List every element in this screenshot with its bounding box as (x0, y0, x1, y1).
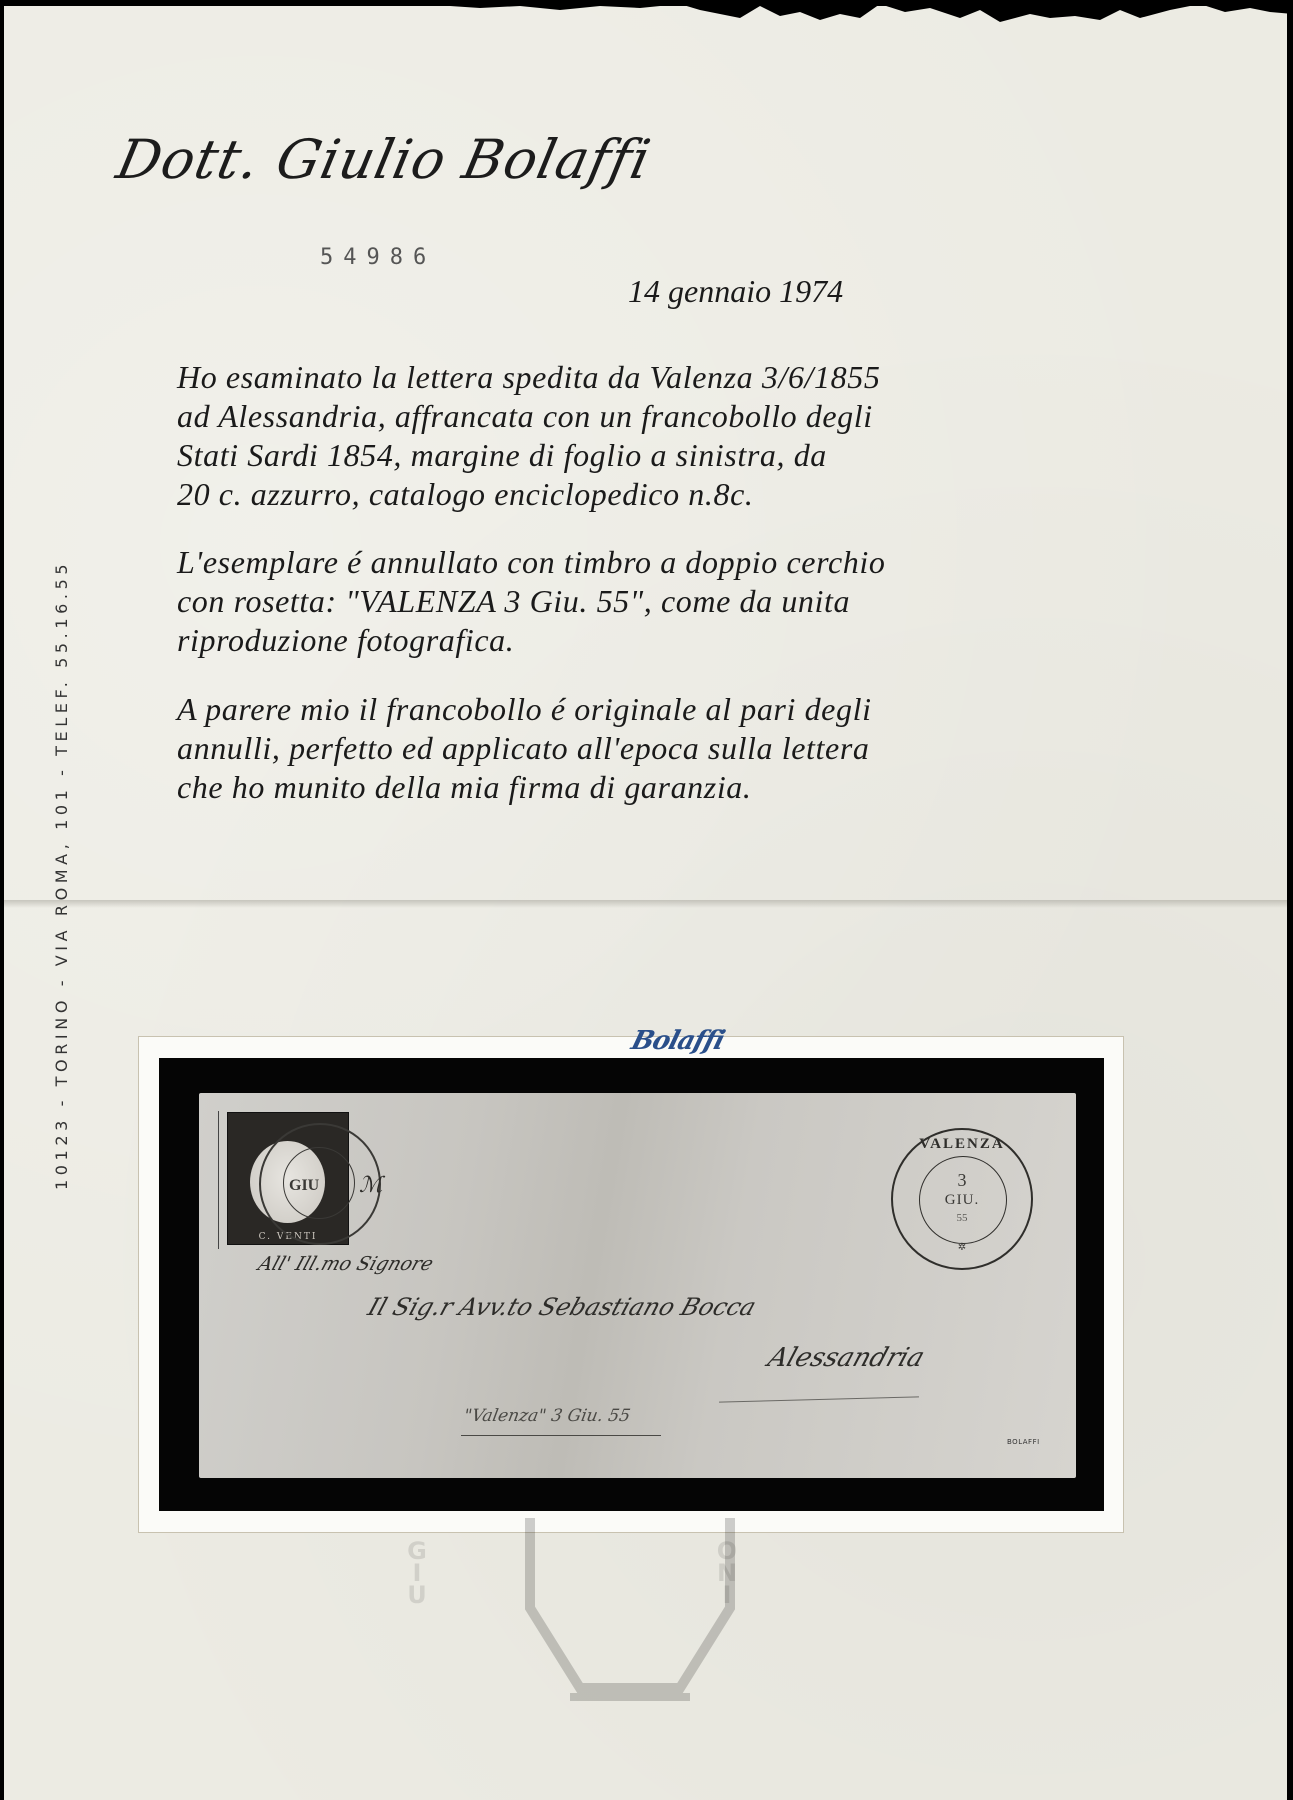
text-line: L'esemplare é annullato con timbro a dop… (177, 543, 1177, 582)
certificate-date: 14 gennaio 1974 (628, 273, 843, 310)
address-city: Alessandria (764, 1343, 928, 1373)
postmark-month: GIU. (893, 1192, 1031, 1209)
paragraph-cancellation: L'esemplare é annullato con timbro a dop… (177, 543, 1177, 660)
postmark-day: 3 (893, 1170, 1031, 1191)
watermark-letters-right: O N I (712, 1540, 742, 1606)
photo-background: C. VENTI GIU VALENZA 3 GIU. 55 ✲ ℳ All' … (159, 1058, 1104, 1511)
text-line: Stati Sardi 1854, margine di foglio a si… (177, 436, 1177, 475)
side-address: 10123 - TORINO - VIA ROMA, 101 - TELEF. … (52, 560, 71, 1190)
watermark-letters-left: G I U (402, 1540, 432, 1606)
address-line-1: All' Ill.mo Signore (255, 1253, 436, 1275)
note-underline (461, 1435, 661, 1436)
photo-reproduction: C. VENTI GIU VALENZA 3 GIU. 55 ✲ ℳ All' … (139, 1037, 1123, 1532)
photo-credit: BOLAFFI (1007, 1438, 1040, 1446)
watermark-letter: I (712, 1584, 742, 1606)
postmark-year: 55 (893, 1212, 1031, 1224)
handwritten-mark: ℳ (359, 1173, 383, 1198)
rosette-icon: ✲ (893, 1242, 1031, 1253)
address-underline (719, 1396, 919, 1402)
text-line: Ho esaminato la lettera spedita da Valen… (177, 358, 1177, 397)
pencil-note: "Valenza" 3 Giu. 55 (462, 1406, 632, 1426)
text-line: A parere mio il francobollo é originale … (177, 690, 1177, 729)
paragraph-opinion: A parere mio il francobollo é originale … (177, 690, 1177, 807)
sheet-margin (218, 1111, 219, 1249)
text-line: con rosetta: "VALENZA 3 Giu. 55", come d… (177, 582, 1177, 621)
watermark-letter: U (402, 1584, 432, 1606)
text-line: riproduzione fotografica. (177, 621, 1177, 660)
text-line: annulli, perfetto ed applicato all'epoca… (177, 729, 1177, 768)
cancellation-text: GIU (289, 1177, 319, 1195)
letterhead: Dott. Giulio Bolaffi (111, 128, 656, 191)
postmark: VALENZA 3 GIU. 55 ✲ (891, 1128, 1033, 1270)
expert-signature: Bolaffi (628, 1026, 727, 1056)
text-line: ad Alessandria, affrancata con un franco… (177, 397, 1177, 436)
certificate-number: 54986 (320, 245, 436, 270)
postmark-town: VALENZA (893, 1136, 1031, 1153)
address-line-2: Il Sig.r Avv.to Sebastiano Bocca (364, 1293, 759, 1321)
torn-edge (0, 0, 1293, 28)
text-line: che ho munito della mia firma di garanzi… (177, 768, 1177, 807)
fold-crease (4, 900, 1287, 908)
envelope: C. VENTI GIU VALENZA 3 GIU. 55 ✲ ℳ All' … (199, 1093, 1076, 1478)
paragraph-description: Ho esaminato la lettera spedita da Valen… (177, 358, 1177, 514)
text-line: 20 c. azzurro, catalogo enciclopedico n.… (177, 475, 1177, 514)
